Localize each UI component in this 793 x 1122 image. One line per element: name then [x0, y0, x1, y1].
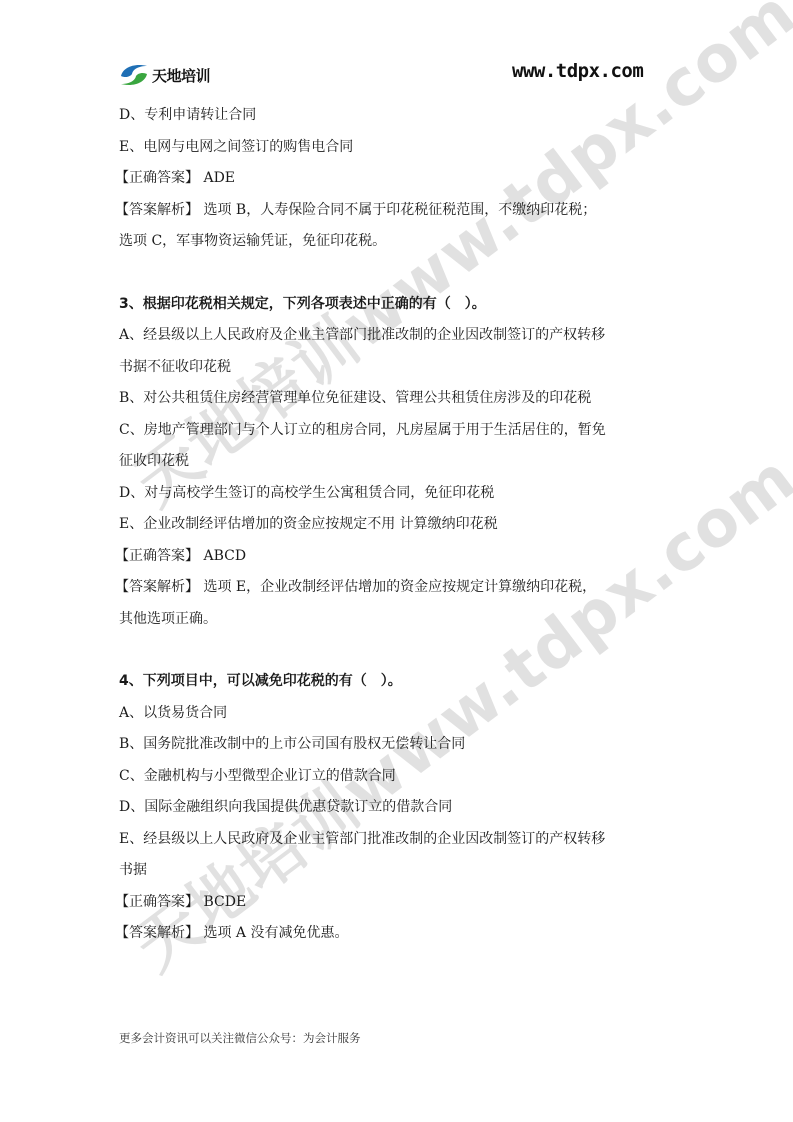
- option-c-continued: 征收印花税: [119, 446, 679, 478]
- document-body: D、专利申请转让合同 E、电网与电网之间签订的购售电合同 【正确答案】 ADE …: [119, 100, 679, 950]
- analysis-text: 选项 A 没有减免优惠。: [203, 925, 348, 941]
- brand-logo: 天地培训: [119, 62, 210, 88]
- option-a-continued: 书据不征收印花税: [119, 352, 679, 384]
- correct-answer-label: 【正确答案】: [115, 548, 199, 564]
- analysis-text: 选项 B，人寿保险合同不属于印花税征税范围，不缴纳印花税；: [203, 202, 596, 218]
- option-d: D、国际金融组织向我国提供优惠贷款订立的借款合同: [119, 792, 679, 824]
- page-header: 天地培训 www.tdpx.com: [0, 0, 793, 100]
- answer-analysis: 【答案解析】 选项 A 没有减免优惠。: [119, 918, 679, 950]
- swoosh-logo-icon: [119, 63, 149, 87]
- correct-answer: 【正确答案】 BCDE: [119, 887, 679, 919]
- option-e-continued: 书据: [119, 855, 679, 887]
- analysis-label: 【答案解析】: [115, 579, 199, 595]
- analysis-label: 【答案解析】: [115, 202, 199, 218]
- option-c: C、房地产管理部门与个人订立的租房合同，凡房屋属于用于生活居住的，暂免: [119, 415, 679, 447]
- question-4-title: 4、下列项目中，可以减免印花税的有（ ）。: [119, 666, 679, 698]
- option-c: C、金融机构与小型微型企业订立的借款合同: [119, 761, 679, 793]
- option-a: A、以货易货合同: [119, 698, 679, 730]
- analysis-continued: 其他选项正确。: [119, 604, 679, 636]
- option-e: E、经县级以上人民政府及企业主管部门批准改制的企业因改制签订的产权转移: [119, 824, 679, 856]
- correct-answer: 【正确答案】 ADE: [119, 163, 679, 195]
- correct-answer-label: 【正确答案】: [115, 894, 199, 910]
- site-url: www.tdpx.com: [512, 60, 643, 82]
- spacer: [119, 258, 679, 289]
- option-d: D、专利申请转让合同: [119, 100, 679, 132]
- correct-answer-label: 【正确答案】: [115, 170, 199, 186]
- correct-answer-value: ADE: [203, 170, 235, 186]
- analysis-continued: 选项 C，军事物资运输凭证，免征印花税。: [119, 226, 679, 258]
- answer-analysis: 【答案解析】 选项 E，企业改制经评估增加的资金应按规定计算缴纳印花税，: [119, 572, 679, 604]
- answer-analysis: 【答案解析】 选项 B，人寿保险合同不属于印花税征税范围，不缴纳印花税；: [119, 195, 679, 227]
- analysis-label: 【答案解析】: [115, 925, 199, 941]
- correct-answer-value: ABCD: [203, 548, 246, 564]
- correct-answer-value: BCDE: [203, 894, 246, 910]
- option-d: D、对与高校学生签订的高校学生公寓租赁合同，免征印花税: [119, 478, 679, 510]
- question-3-title: 3、根据印花税相关规定，下列各项表述中正确的有（ ）。: [119, 289, 679, 321]
- option-e: E、企业改制经评估增加的资金应按规定不用 计算缴纳印花税: [119, 509, 679, 541]
- option-e: E、电网与电网之间签订的购售电合同: [119, 132, 679, 164]
- correct-answer: 【正确答案】 ABCD: [119, 541, 679, 573]
- page-footer: 更多会计资讯可以关注微信公众号：为会计服务: [119, 1030, 361, 1046]
- option-b: B、对公共租赁住房经营管理单位免征建设、管理公共租赁住房涉及的印花税: [119, 383, 679, 415]
- brand-name: 天地培训: [152, 65, 210, 86]
- option-b: B、国务院批准改制中的上市公司国有股权无偿转让合同: [119, 729, 679, 761]
- spacer: [119, 635, 679, 666]
- option-a: A、经县级以上人民政府及企业主管部门批准改制的企业因改制签订的产权转移: [119, 320, 679, 352]
- analysis-text: 选项 E，企业改制经评估增加的资金应按规定计算缴纳印花税，: [203, 579, 596, 595]
